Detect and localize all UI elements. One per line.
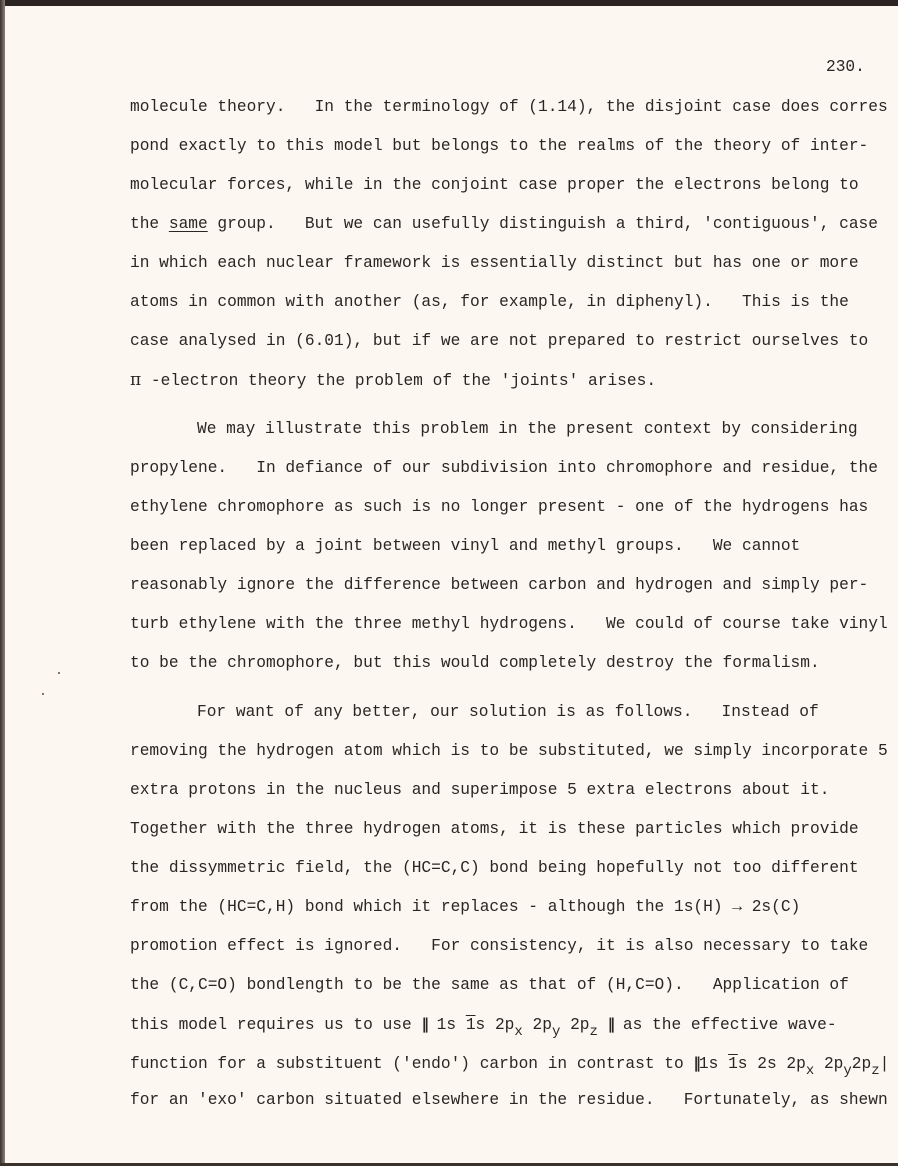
text-line: to be the chromophore, but this would co… bbox=[130, 653, 820, 673]
text-fragment: as the effective wave- bbox=[613, 1016, 836, 1034]
text-line: been replaced by a joint between vinyl a… bbox=[130, 536, 800, 556]
text-fragment: group. But we can usefully distinguish a… bbox=[208, 215, 878, 233]
text-line: For want of any better, our solution is … bbox=[197, 702, 819, 722]
text-line: the same group. But we can usefully dist… bbox=[130, 214, 878, 234]
text-line: the (C,C=O) bondlength to be the same as… bbox=[130, 975, 849, 995]
text-line: ethylene chromophore as such is no longe… bbox=[130, 497, 868, 517]
text-line: propylene. In defiance of our subdivisio… bbox=[130, 458, 878, 478]
text-line: function for a substituent ('endo') carb… bbox=[130, 1053, 889, 1074]
exo-wavefunction-formula: ‖1s 1s 2s 2px 2py2pz| bbox=[693, 1055, 889, 1073]
page-number: 230. bbox=[826, 58, 865, 76]
text-fragment: function for a substituent ('endo') carb… bbox=[130, 1055, 693, 1073]
arrow-icon: → bbox=[732, 898, 742, 916]
text-line: case analysed in (6.01), but if we are n… bbox=[130, 331, 868, 351]
text-line: We may illustrate this problem in the pr… bbox=[197, 419, 858, 439]
text-fragment: 2s(C) bbox=[742, 898, 800, 916]
text-fragment: -electron theory the problem of the 'joi… bbox=[141, 372, 656, 390]
text-line: this model requires us to use ‖ 1s 1s 2p… bbox=[130, 1014, 837, 1035]
single-bar-close: | bbox=[880, 1055, 890, 1073]
text-line: promotion effect is ignored. For consist… bbox=[130, 936, 868, 956]
text-line: for an 'exo' carbon situated elsewhere i… bbox=[130, 1090, 888, 1110]
text-line: pond exactly to this model but belongs t… bbox=[130, 136, 868, 156]
text-line: the dissymmetric field, the (HC=C,C) bon… bbox=[130, 858, 859, 878]
text-line: molecular forces, while in the conjoint … bbox=[130, 175, 859, 195]
text-line: π -electron theory the problem of the 'j… bbox=[130, 370, 656, 391]
overbar-digit: 1 bbox=[728, 1055, 738, 1073]
overbar-digit: 1 bbox=[466, 1016, 476, 1034]
text-line: removing the hydrogen atom which is to b… bbox=[130, 741, 888, 761]
text-line: in which each nuclear framework is essen… bbox=[130, 253, 859, 273]
endo-wavefunction-formula: ‖ 1s 1s 2px 2py 2pz ‖ bbox=[421, 1016, 613, 1034]
text-line: reasonably ignore the difference between… bbox=[130, 575, 868, 595]
scan-speck bbox=[58, 672, 60, 674]
scan-speck bbox=[42, 693, 44, 695]
text-line: turb ethylene with the three methyl hydr… bbox=[130, 614, 888, 634]
underlined-word: same bbox=[169, 215, 208, 233]
text-line: extra protons in the nucleus and superim… bbox=[130, 780, 829, 800]
text-line: molecule theory. In the terminology of (… bbox=[130, 97, 888, 117]
text-line: Together with the three hydrogen atoms, … bbox=[130, 819, 859, 839]
text-line: from the (HC=C,H) bond which it replaces… bbox=[130, 897, 800, 917]
text-fragment: this model requires us to use bbox=[130, 1016, 421, 1034]
pi-symbol: π bbox=[130, 370, 141, 390]
text-fragment: from the (HC=C,H) bond which it replaces… bbox=[130, 898, 732, 916]
text-fragment: the bbox=[130, 215, 169, 233]
text-line: atoms in common with another (as, for ex… bbox=[130, 292, 849, 312]
